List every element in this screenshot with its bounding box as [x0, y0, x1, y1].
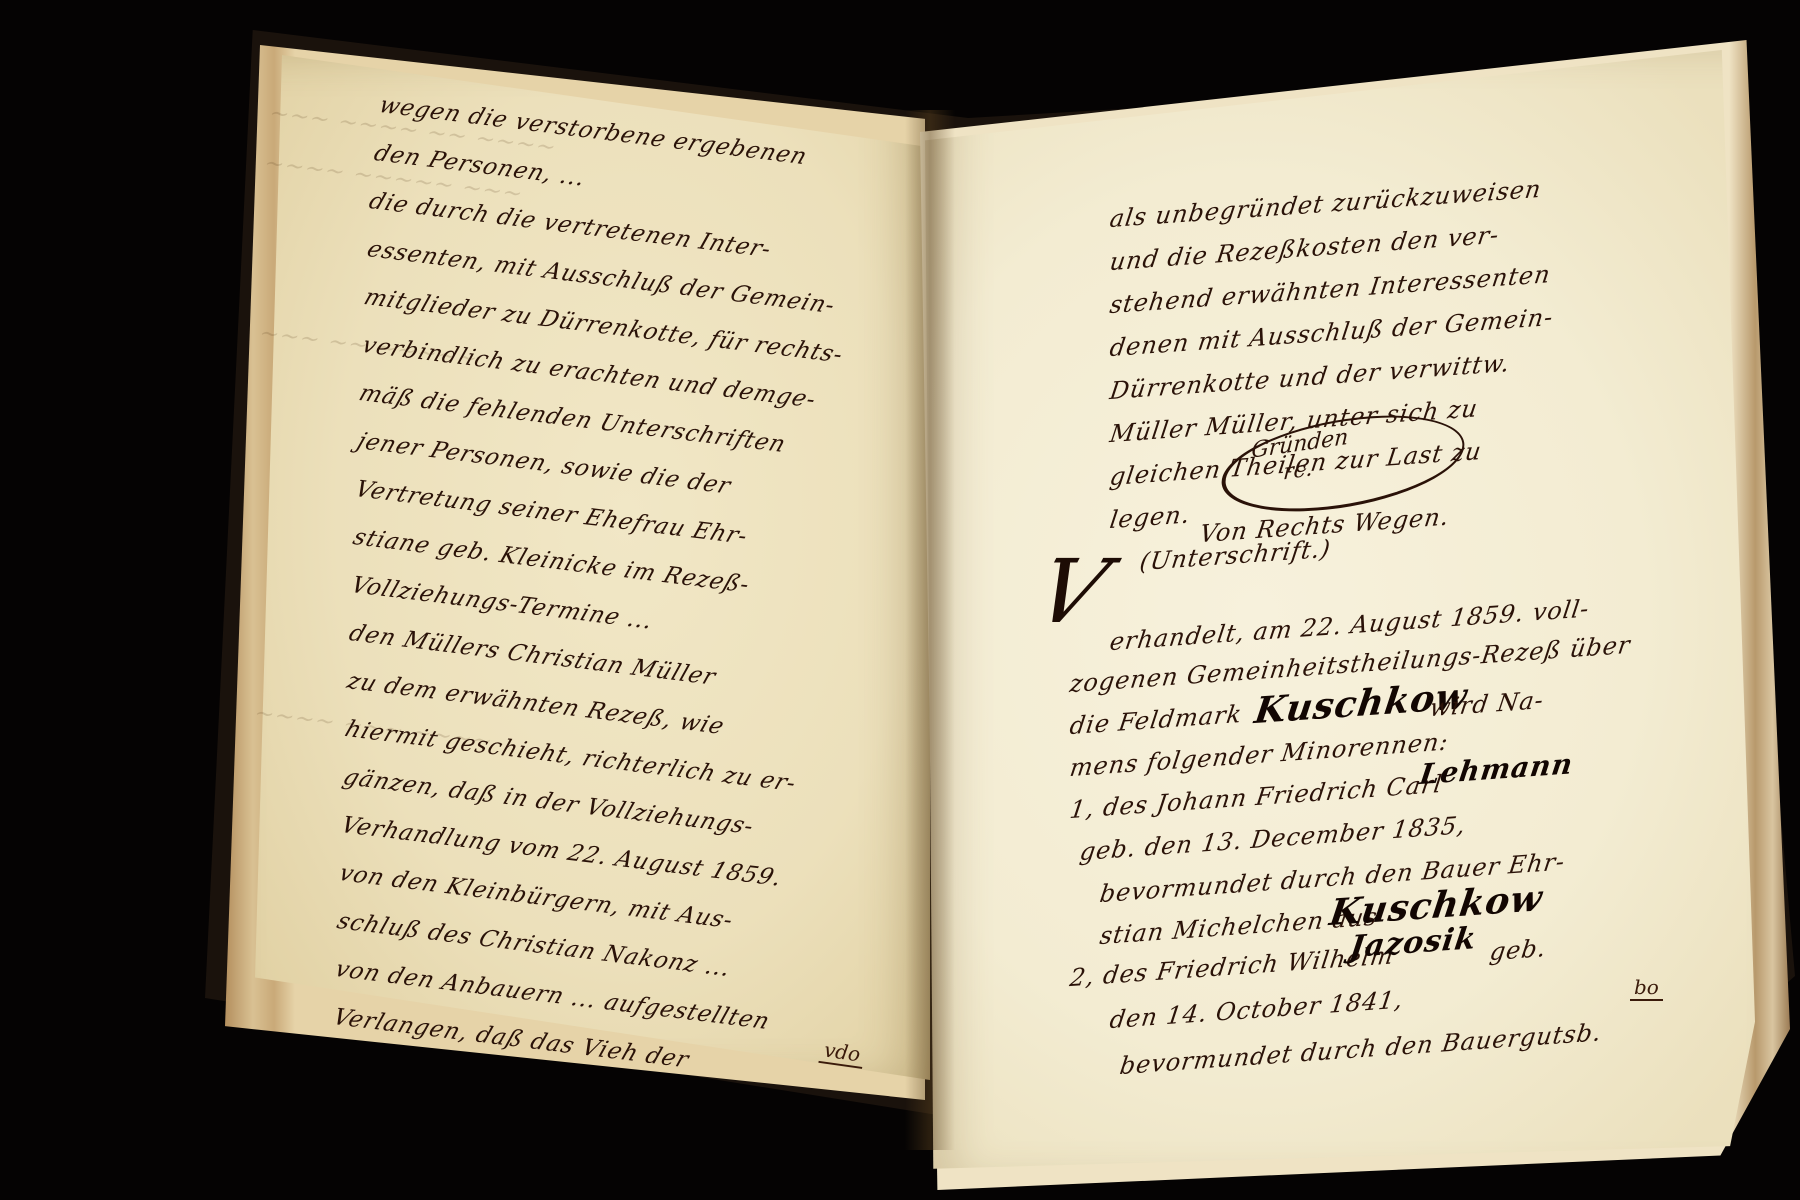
right-line: legen.	[1108, 500, 1192, 534]
photo-scene: ~~~ ~~~~ ~~ ~~~~ ~~~~ ~~~~~ ~~~ ~~~ ~~ ~…	[0, 0, 1800, 1200]
book-gutter	[905, 110, 955, 1150]
entry-line: geb.	[1488, 934, 1548, 966]
right-page-initials: bo	[1630, 975, 1663, 1001]
